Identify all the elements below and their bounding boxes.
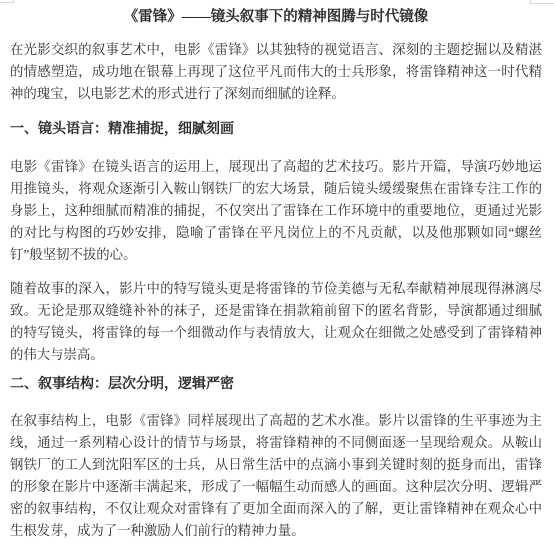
- document-page: 《雷锋》——镜头叙事下的精神图腾与时代镜像 在光影交织的叙事艺术中，电影《雷锋》…: [10, 0, 542, 542]
- section-2-heading: 二、叙事结构：层次分明，逻辑严密: [10, 374, 542, 396]
- section-1-paragraph-1: 电影《雷锋》在镜头语言的运用上，展现出了高超的艺术技巧。影片开篇，导演巧妙地运用…: [10, 156, 542, 266]
- intro-paragraph: 在光影交织的叙事艺术中，电影《雷锋》以其独特的视觉语言、深刻的主题挖掘以及精湛的…: [10, 39, 542, 105]
- section-1-paragraph-2: 随着故事的深入，影片中的特写镜头更是将雷锋的节俭美德与无私奉献精神展现得淋漓尽致…: [10, 278, 542, 366]
- section-1-heading: 一、镜头语言：精准捕捉，细腻刻画: [10, 119, 542, 141]
- document-title: 《雷锋》——镜头叙事下的精神图腾与时代镜像: [10, 6, 542, 28]
- section-2-paragraph-1: 在叙事结构上，电影《雷锋》同样展现出了高超的艺术水准。影片以雷锋的生平事迹为主线…: [10, 410, 542, 542]
